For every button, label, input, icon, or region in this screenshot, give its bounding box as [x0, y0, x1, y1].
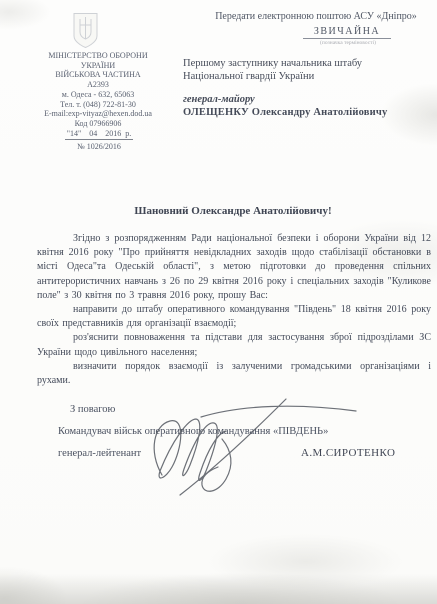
body-paragraph: направити до штабу оперативного командув…: [37, 303, 431, 331]
handwritten-signature-icon: [146, 395, 364, 499]
letterhead: МІНІСТЕРСТВО ОБОРОНИ УКРАЇНИ ВІЙСЬКОВА Ч…: [18, 51, 178, 129]
addressee-block: Першому заступнику начальника штабу Наці…: [183, 57, 431, 119]
body-paragraph: Згідно з розпорядженням Ради національно…: [37, 232, 431, 303]
org-name-line2: УКРАЇНИ: [18, 61, 178, 71]
phone-line: Тел. т. (048) 722-81-30: [18, 100, 178, 110]
spacer: [183, 83, 431, 93]
addressee-name: ОЛЕЩЕНКУ Олександру Анатолійовичу: [183, 106, 431, 119]
addressee-position-line2: Національної гвардії України: [183, 70, 431, 83]
addressee-rank: генерал-майору: [183, 93, 431, 106]
org-code-line: Код 07966906: [18, 119, 178, 129]
unit-number: А2393: [18, 80, 178, 90]
urgency-caption: (позначка терміновості): [298, 40, 398, 46]
reference-number: № 1026/2016: [28, 142, 170, 151]
addressee-position-line1: Першому заступнику начальника штабу: [183, 57, 431, 70]
scanned-letter-page: Передати електронною поштою АСУ «Дніпро»…: [0, 0, 437, 604]
body-paragraph: визначити порядок взаємодії із залученим…: [37, 360, 431, 388]
document-date: "14" 04 2016 р.: [65, 129, 134, 140]
salutation: Шановний Олександре Анатолійовичу!: [40, 205, 426, 217]
email-line: E-mail:exp-vityaz@hexen.dod.ua: [18, 109, 178, 119]
address-line: м. Одеса - 632, 65063: [18, 90, 178, 100]
trident-shield-icon: [72, 12, 99, 49]
routing-instruction: Передати електронною поштою АСУ «Дніпро»: [197, 11, 435, 22]
org-name-line1: МІНІСТЕРСТВО ОБОРОНИ: [18, 51, 178, 61]
date-block: "14" 04 2016 р. № 1026/2016: [28, 129, 170, 151]
urgency-label: ЗВИЧАЙНА: [303, 26, 391, 39]
signer-rank: генерал-лейтенант: [58, 448, 141, 459]
military-unit-line: ВІЙСЬКОВА ЧАСТИНА: [18, 70, 178, 80]
body-paragraph: роз'яснити повноваження та підстави для …: [37, 331, 431, 359]
letter-body: Згідно з розпорядженням Ради національно…: [37, 232, 431, 388]
closing-phrase: З повагою: [70, 404, 115, 415]
